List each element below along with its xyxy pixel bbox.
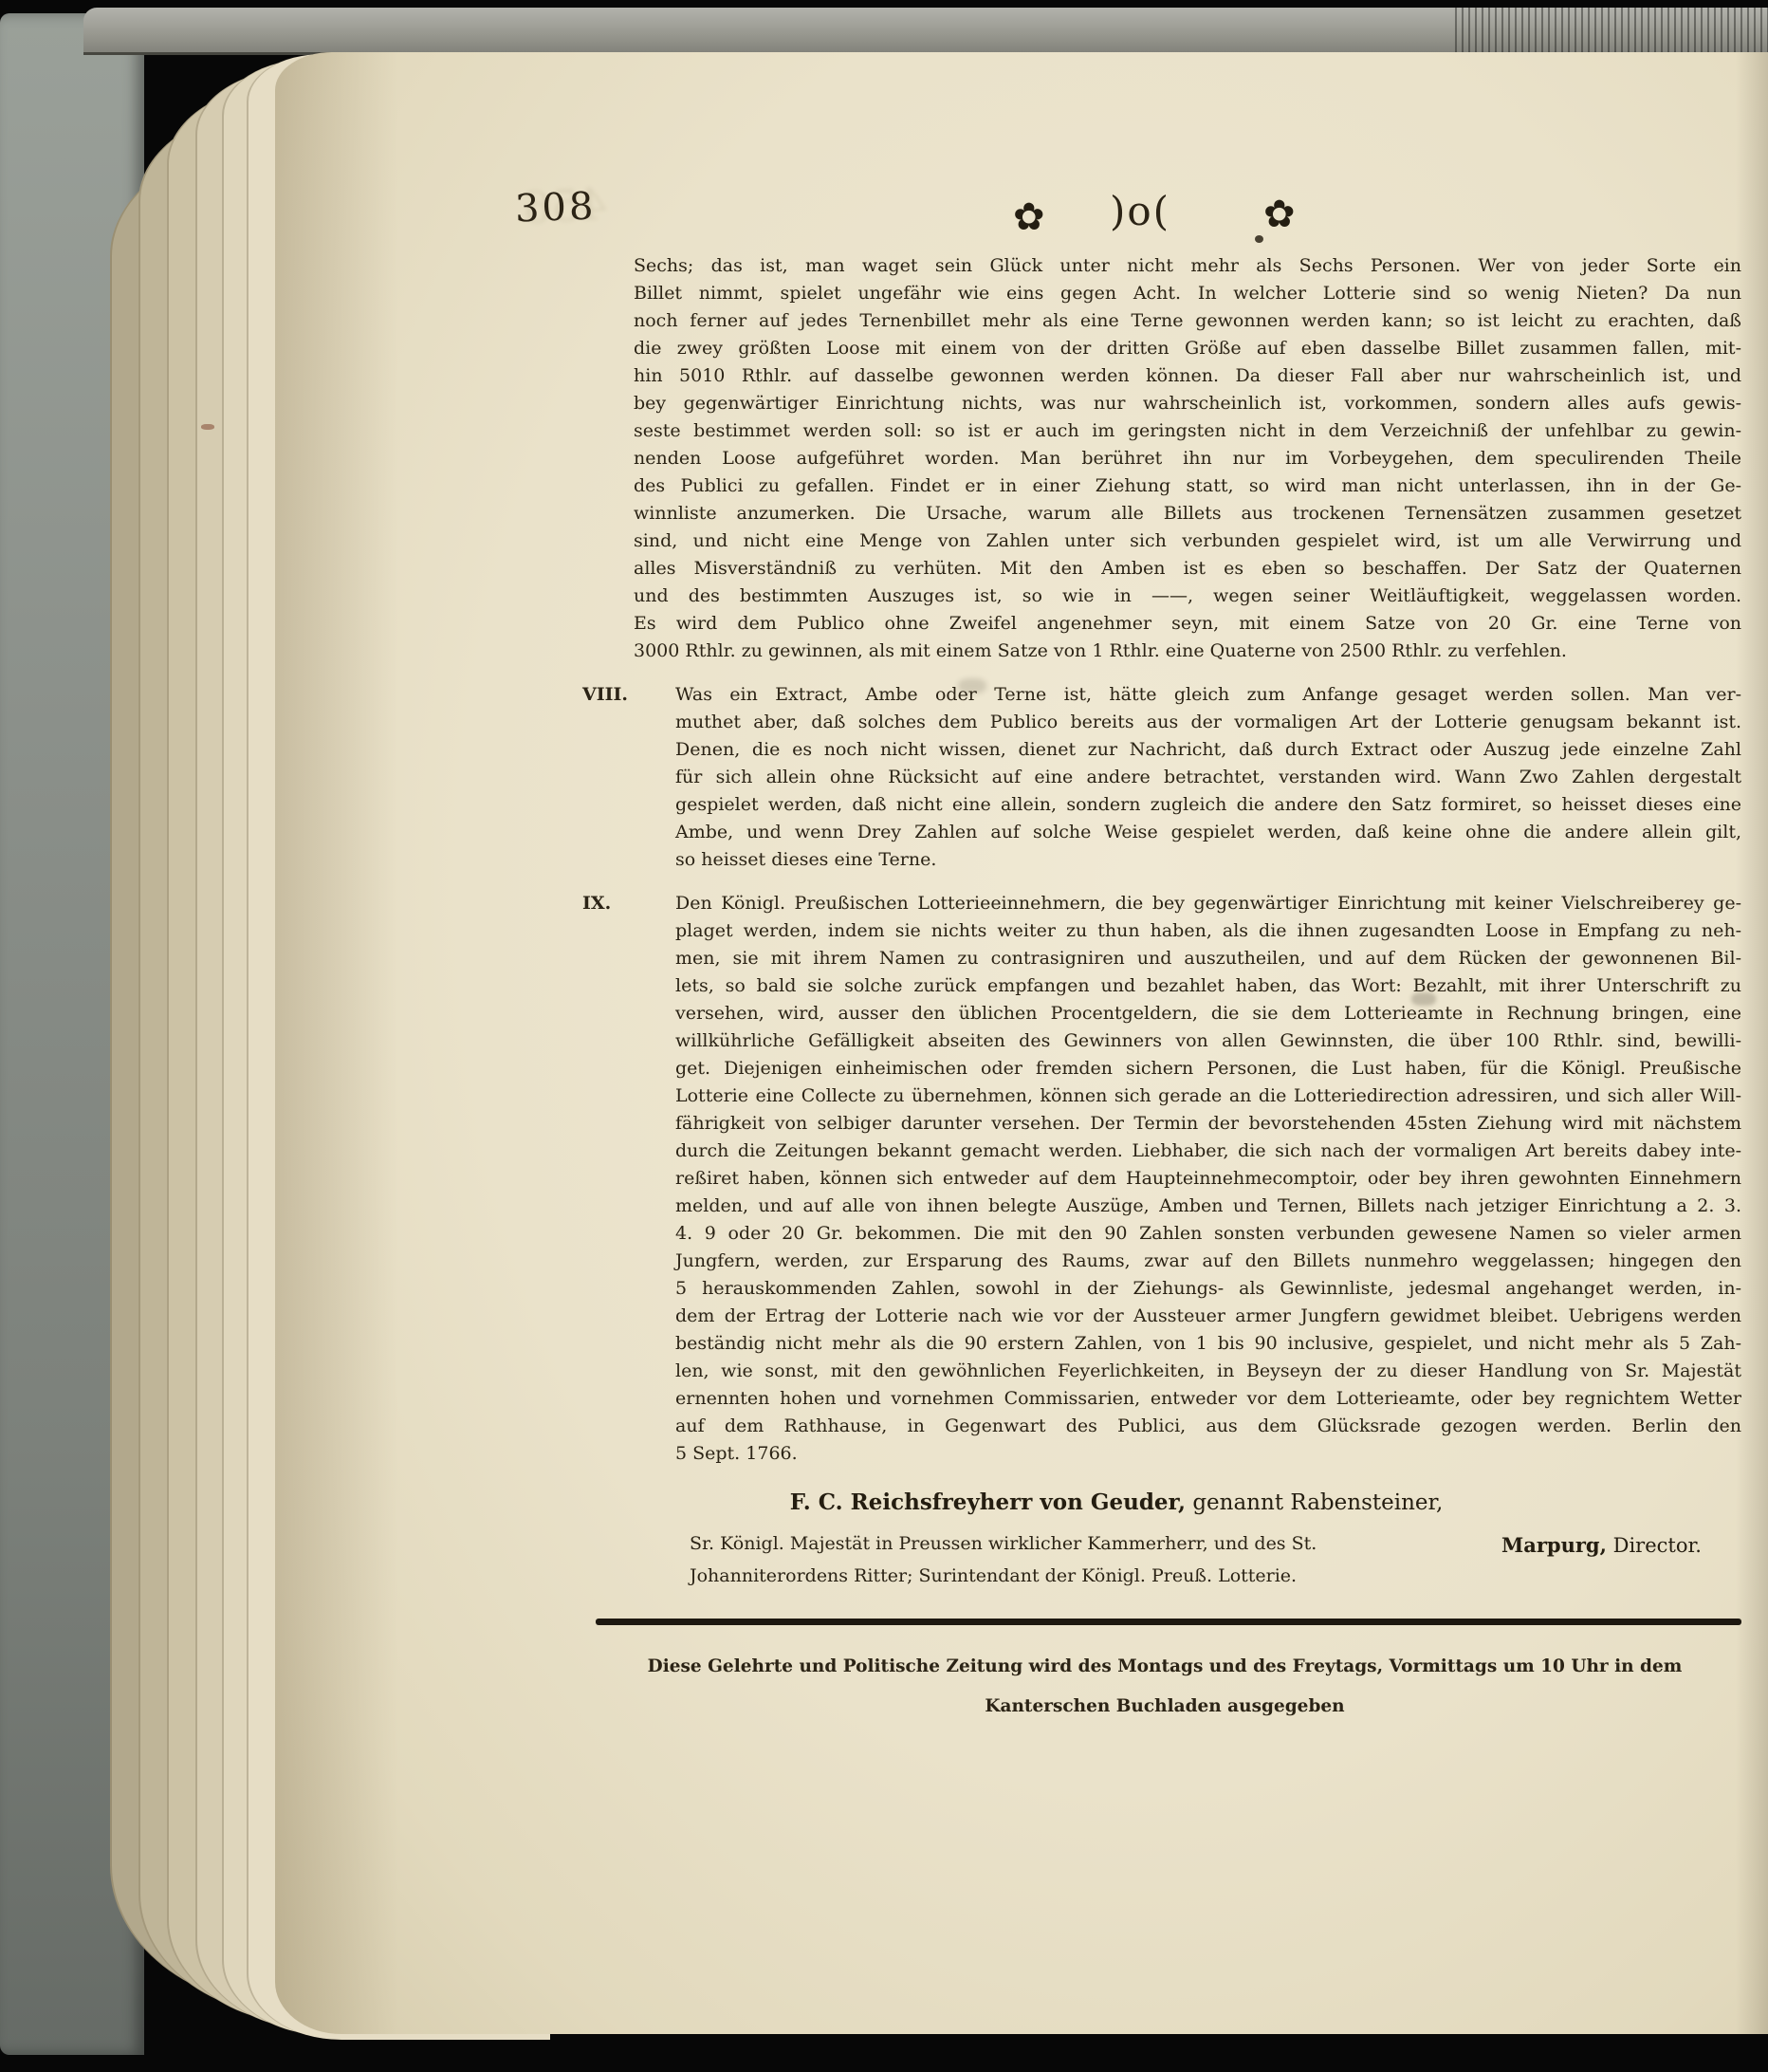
signature-line: F. C. Reichsfreyherr von Geuder, genannt… xyxy=(634,1489,1741,1515)
section-marker-viii: VIII. xyxy=(582,681,670,709)
text-line: seste bestimmet werden soll: so ist er a… xyxy=(634,417,1741,445)
text-line: ernennten hohen und vornehmen Commissari… xyxy=(675,1385,1741,1413)
text-line: reßiret haben, können sich entweder auf … xyxy=(675,1165,1741,1193)
paragraph-ix: IX. Den Königl. Preußischen Lotterieeinn… xyxy=(675,890,1741,1468)
section-marker-ix: IX. xyxy=(582,890,670,917)
text-line: Jungfern, werden, zur Ersparung des Raum… xyxy=(675,1248,1741,1275)
gutter-shadow xyxy=(275,52,398,2034)
floral-ornament-icon: ✿ xyxy=(1263,193,1296,236)
text-line: fährigkeit von selbiger darunter versehe… xyxy=(675,1110,1741,1138)
text-line: willkührliche Gefälligkeit abseiten des … xyxy=(675,1027,1741,1055)
book-scan-scene: 456 308 ✿ )o( ✿ Sechs; das ist, man wage… xyxy=(0,0,1768,2072)
text-line: sind, und nicht eine Menge von Zahlen un… xyxy=(634,527,1741,555)
imprint-line: Diese Gelehrte und Politische Zeitung wi… xyxy=(588,1647,1741,1687)
text-line: gespielet werden, daß nicht eine allein,… xyxy=(675,791,1741,819)
director-name: Marpurg, xyxy=(1501,1533,1607,1557)
text-line: 5 herauskommenden Zahlen, sowohl in der … xyxy=(675,1275,1741,1303)
paragraph-viii: VIII. Was ein Extract, Ambe oder Terne i… xyxy=(675,681,1741,874)
text-line: dem der Ertrag der Lotterie nach wie vor… xyxy=(675,1303,1741,1330)
text-line: 4. 9 oder 20 Gr. bekommen. Die mit den 9… xyxy=(675,1220,1741,1248)
text-line: die zwey größten Loose mit einem von der… xyxy=(634,335,1741,362)
header-separator-mark: )o( xyxy=(1110,188,1170,234)
imprint-footer: Diese Gelehrte und Politische Zeitung wi… xyxy=(588,1647,1741,1727)
text-line: Lotterie eine Collecte zu übernehmen, kö… xyxy=(675,1082,1741,1110)
imprint-line: Kanterschen Buchladen ausgegeben xyxy=(588,1687,1741,1727)
text-line: und des bestimmten Auszuges ist, so wie … xyxy=(634,583,1741,610)
text-line: Es wird dem Publico ohne Zweifel angeneh… xyxy=(634,610,1741,638)
text-line: noch ferner auf jedes Ternenbillet mehr … xyxy=(634,307,1741,335)
text-line: alles Misverständniß zu verhüten. Mit de… xyxy=(634,555,1741,583)
book-cover-top-edge xyxy=(83,8,1768,55)
text-line: Billet nimmt, spielet ungefähr wie eins … xyxy=(634,280,1741,307)
text-line: hin 5010 Rthlr. auf dasselbe gewonnen we… xyxy=(634,362,1741,390)
binding-hatch-texture xyxy=(1455,8,1768,52)
text-line: so heisset dieses eine Terne. xyxy=(675,846,1741,874)
text-line: Ambe, und wenn Drey Zahlen auf solche We… xyxy=(675,819,1741,846)
body-text-column: Sechs; das ist, man waget sein Glück unt… xyxy=(634,252,1741,1468)
text-line: Sechs; das ist, man waget sein Glück unt… xyxy=(634,252,1741,280)
paragraph-vii-continuation: Sechs; das ist, man waget sein Glück unt… xyxy=(634,252,1741,665)
text-line: get. Diejenigen einheimischen oder fremd… xyxy=(675,1055,1741,1082)
text-line: len, wie sonst, mit den gewöhnlichen Fey… xyxy=(675,1358,1741,1385)
signatory-name: F. C. Reichsfreyherr von Geuder, xyxy=(790,1489,1186,1515)
text-line: des Publici zu gefallen. Findet er in ei… xyxy=(634,472,1741,500)
text-line: Denen, die es noch nicht wissen, dienet … xyxy=(675,736,1741,764)
text-line: melden, und auf alle von ihnen belegte A… xyxy=(675,1193,1741,1220)
page-number: 308 xyxy=(514,185,597,231)
text-line: Den Königl. Preußischen Lotterieeinnehme… xyxy=(675,890,1741,917)
text-line: bey gegenwärtiger Einrichtung nichts, wa… xyxy=(634,390,1741,417)
text-line: nenden Loose aufgeführet worden. Man ber… xyxy=(634,445,1741,472)
ink-speck xyxy=(1255,235,1263,243)
signatory-epithet: genannt Rabensteiner, xyxy=(1186,1490,1443,1515)
text-line: muthet aber, daß solches dem Publico ber… xyxy=(675,709,1741,736)
signatory-credentials: Sr. Königl. Majestät in Preussen wirklic… xyxy=(690,1527,1524,1592)
text-line: für sich allein ohne Rücksicht auf eine … xyxy=(675,764,1741,791)
text-line: versehen, wird, ausser den üblichen Proc… xyxy=(675,1000,1741,1027)
director-title: Director. xyxy=(1607,1534,1702,1557)
text-line: Was ein Extract, Ambe oder Terne ist, hä… xyxy=(675,681,1741,709)
text-line: auf dem Rathhause, in Gegenwart des Publ… xyxy=(675,1413,1741,1440)
text-line: lets, so bald sie solche zurück empfange… xyxy=(675,972,1741,1000)
horizontal-rule xyxy=(596,1619,1741,1625)
credentials-line: Sr. Königl. Majestät in Preussen wirklic… xyxy=(690,1527,1524,1560)
foxing-spot xyxy=(201,424,214,430)
text-line: winnliste anzumerken. Die Ursache, warum… xyxy=(634,500,1741,527)
credentials-line: Johanniterordens Ritter; Surintendant de… xyxy=(690,1560,1524,1592)
text-line: plaget werden, indem sie nichts weiter z… xyxy=(675,917,1741,945)
director-signature: Marpurg, Director. xyxy=(1501,1533,1702,1557)
text-line: beständig nicht mehr als die 90 erstern … xyxy=(675,1330,1741,1358)
floral-ornament-icon: ✿ xyxy=(1013,195,1045,239)
text-line: men, sie mit ihrem Namen zu contrasignir… xyxy=(675,945,1741,972)
text-line: 5 Sept. 1766. xyxy=(675,1440,1741,1468)
text-line: 3000 Rthlr. zu gewinnen, als mit einem S… xyxy=(634,638,1741,665)
text-line: durch die Zeitungen bekannt gemacht werd… xyxy=(675,1138,1741,1165)
